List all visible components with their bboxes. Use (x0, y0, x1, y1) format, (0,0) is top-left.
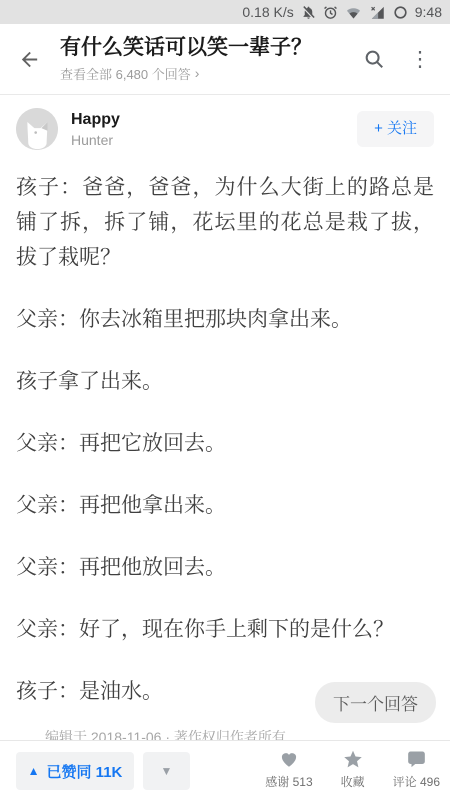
favorite-label: 收藏 (341, 773, 365, 790)
next-answer-button[interactable]: 下一个回答 (315, 682, 436, 723)
search-button[interactable] (356, 41, 392, 77)
upvote-label: 已赞同 11K (47, 761, 123, 782)
favorite-button[interactable]: 收藏 (341, 748, 365, 790)
battery-circle-icon (393, 5, 408, 20)
downvote-arrow-icon: ▼ (161, 764, 173, 778)
downvote-button[interactable]: ▼ (143, 752, 190, 790)
avatar[interactable] (16, 108, 58, 150)
network-speed: 0.18 K/s (242, 4, 293, 20)
answer-paragraph: 父亲：再把他放回去。 (16, 550, 434, 585)
author-row: Happy Hunter + 关注 (0, 104, 450, 154)
signal-no-network-icon (369, 5, 386, 20)
follow-button[interactable]: + 关注 (357, 111, 434, 147)
overflow-menu-button[interactable]: ⋮ (402, 41, 438, 77)
answer-paragraph: 孩子拿了出来。 (16, 364, 434, 399)
answer-paragraph: 父亲：好了，现在你手上剩下的是什么？ (16, 612, 434, 647)
wifi-icon (345, 5, 362, 20)
answer-paragraph: 父亲：你去冰箱里把那块肉拿出来。 (16, 302, 434, 337)
view-all-answers[interactable]: 查看全部 6,480 个回答 › (60, 64, 356, 83)
app-screen: 0.18 K/s (0, 0, 450, 800)
upvote-button[interactable]: ▲ 已赞同 11K (16, 752, 134, 790)
thanks-button[interactable]: 感谢 513 (265, 748, 312, 790)
alarm-icon (323, 5, 338, 20)
clock-time: 9:48 (415, 4, 442, 20)
notifications-off-icon (301, 5, 316, 20)
answer-paragraph: 父亲：再把它放回去。 (16, 426, 434, 461)
question-title: 有什么笑话可以笑一辈子？ (60, 36, 356, 60)
chevron-right-icon: › (195, 65, 200, 81)
thanks-label: 感谢 513 (265, 773, 312, 790)
author-name: Happy (71, 110, 357, 130)
answer-paragraph: 父亲：再把他拿出来。 (16, 488, 434, 523)
comment-icon (406, 748, 427, 770)
status-bar: 0.18 K/s (0, 0, 450, 24)
upvote-arrow-icon: ▲ (28, 764, 40, 778)
answer-paragraphs: 孩子：爸爸，爸爸，为什么大街上的路总是铺了拆，拆了铺，花坛里的花总是栽了拔，拔了… (0, 152, 450, 736)
header: 有什么笑话可以笑一辈子？ 查看全部 6,480 个回答 › ⋮ (0, 24, 450, 95)
heart-icon (278, 748, 300, 770)
author-headline: Hunter (71, 131, 357, 149)
back-button[interactable] (12, 42, 46, 76)
comments-button[interactable]: 评论 496 (393, 748, 440, 790)
bottom-action-bar: ▲ 已赞同 11K ▼ 感谢 513 收藏 (0, 740, 450, 800)
star-icon (342, 748, 364, 770)
comments-label: 评论 496 (393, 773, 440, 790)
question-block[interactable]: 有什么笑话可以笑一辈子？ 查看全部 6,480 个回答 › (60, 36, 356, 83)
action-group: 感谢 513 收藏 评论 496 (265, 748, 440, 790)
view-all-answers-label: 查看全部 6,480 个回答 (60, 64, 191, 83)
answer-paragraph: 孩子：爸爸，爸爸，为什么大街上的路总是铺了拆，拆了铺，花坛里的花总是栽了拔，拔了… (16, 170, 434, 275)
author-info[interactable]: Happy Hunter (71, 110, 357, 149)
